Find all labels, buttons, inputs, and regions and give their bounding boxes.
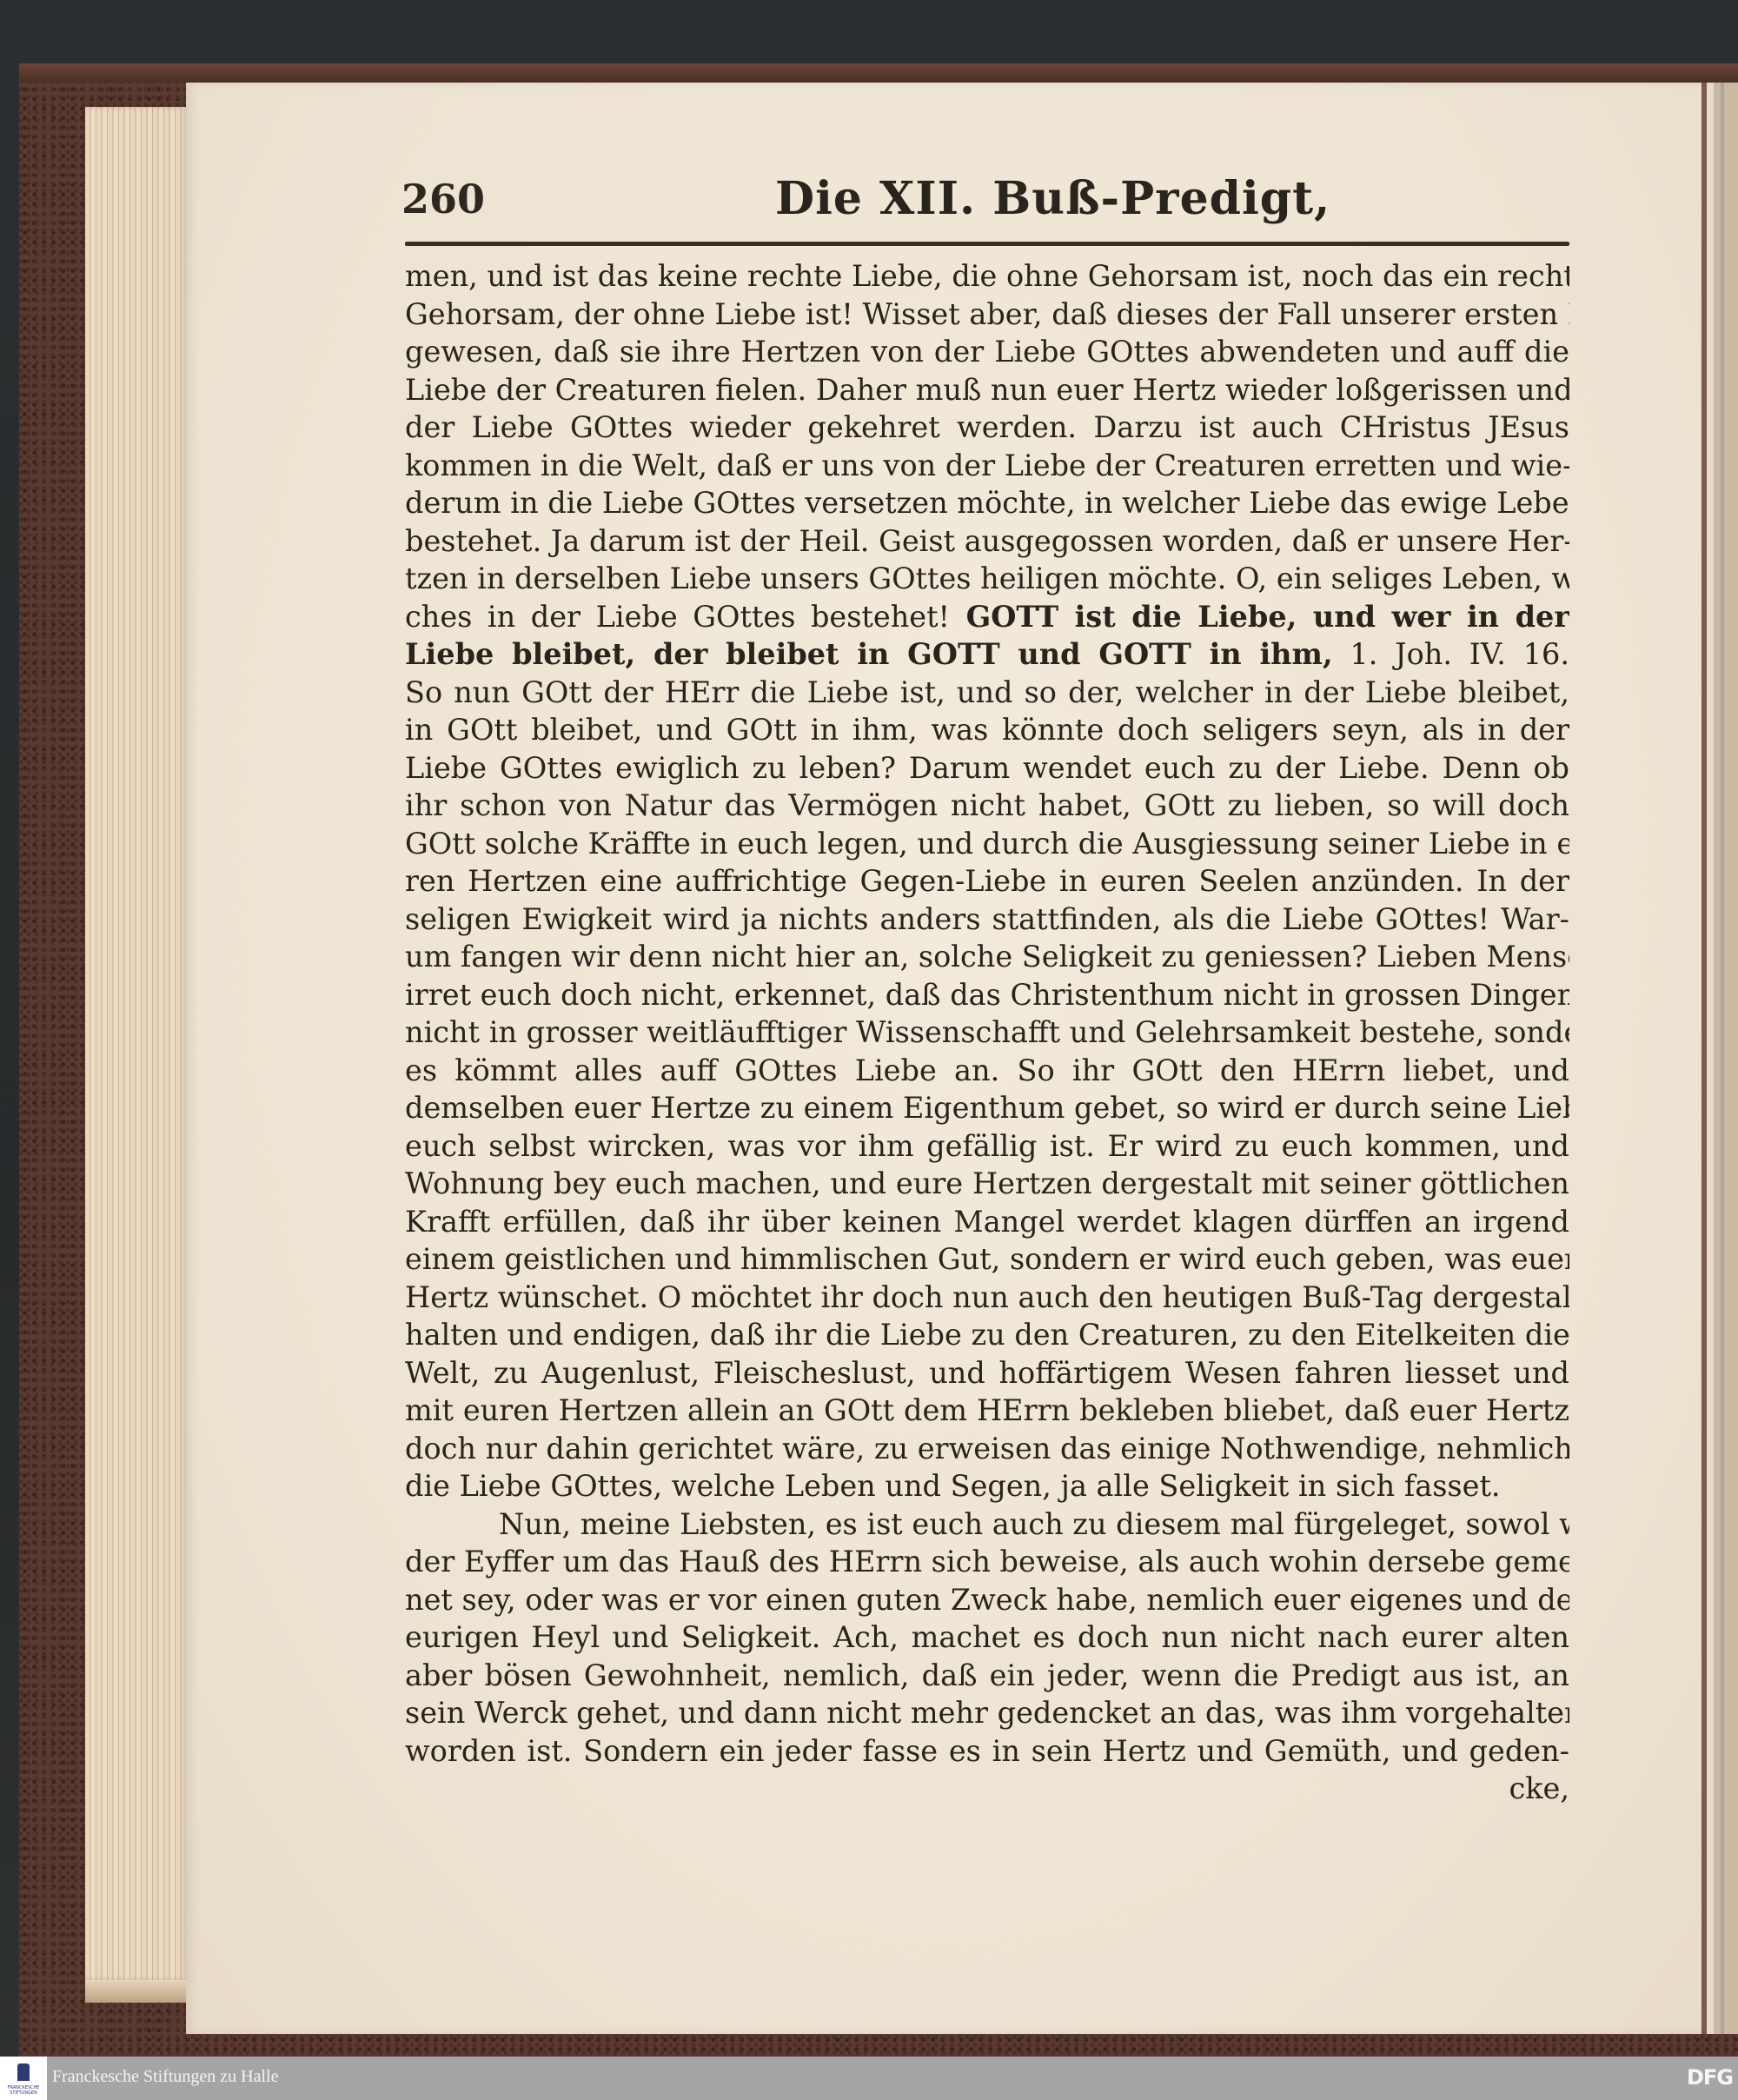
line-text: die Liebe GOttes, welche Leben und Segen… xyxy=(405,1469,1501,1503)
line-text: Liebe der Creaturen fielen. Daher muß nu… xyxy=(405,373,1569,407)
line-text: derum in die Liebe GOttes versetzen möch… xyxy=(405,486,1569,520)
text-line: in GOtt bleibet, und GOtt in ihm, was kö… xyxy=(405,711,1569,749)
line-text: einem geistlichen und himmlischen Gut, s… xyxy=(405,1242,1569,1276)
page-number: 260 xyxy=(401,176,485,223)
book-cover-top-edge xyxy=(19,63,1738,83)
logo-caption: FRANCKESCHE STIFTUNGEN xyxy=(2,2085,45,2096)
text-line: bestehet. Ja darum ist der Heil. Geist a… xyxy=(405,522,1569,561)
text-line: gewesen, daß sie ihre Hertzen von der Li… xyxy=(405,333,1569,371)
line-text: halten und endigen, daß ihr die Liebe zu… xyxy=(405,1318,1569,1352)
line-text: mit euren Hertzen allein an GOtt dem HEr… xyxy=(405,1393,1569,1427)
text-line: der Liebe GOttes wieder gekehret werden.… xyxy=(405,409,1569,447)
text-line: Welt, zu Augenlust, Fleischeslust, und h… xyxy=(405,1354,1569,1392)
text-line: worden ist. Sondern ein jeder fasse es i… xyxy=(405,1732,1569,1771)
line-text: demselben euer Hertze zu einem Eigenthum… xyxy=(405,1091,1569,1125)
line-text: Liebe GOttes ewiglich zu leben? Darum we… xyxy=(405,751,1569,785)
line-text: ren Hertzen eine auffrichtige Gegen-Lieb… xyxy=(405,864,1569,898)
line-text: net sey, oder was er vor einen guten Zwe… xyxy=(405,1583,1569,1617)
institution-name: Franckesche Stiftungen zu Halle xyxy=(52,2067,278,2087)
line-text: der Liebe GOttes wieder gekehret werden.… xyxy=(405,410,1569,444)
text-line: Krafft erfüllen, daß ihr über keinen Man… xyxy=(405,1203,1569,1241)
bible-quote-bold: GOTT ist die Liebe, und wer in der xyxy=(950,600,1569,634)
text-line: Liebe bleibet, der bleibet in GOTT und G… xyxy=(405,635,1569,674)
line-text: Nun, meine Liebsten, es ist euch auch zu… xyxy=(499,1507,1569,1541)
head-rule-divider xyxy=(405,242,1569,246)
franckesche-stiftungen-logo[interactable]: FRANCKESCHE STIFTUNGEN xyxy=(0,2057,47,2100)
text-line: ihr schon von Natur das Vermögen nicht h… xyxy=(405,787,1569,825)
line-text: euch selbst wircken, was vor ihm gefälli… xyxy=(405,1129,1569,1163)
line-text: seligen Ewigkeit wird ja nichts anders s… xyxy=(405,902,1569,936)
text-line: Nun, meine Liebsten, es ist euch auch zu… xyxy=(405,1505,1569,1544)
text-line: demselben euer Hertze zu einem Eigenthum… xyxy=(405,1089,1569,1127)
line-text: in GOtt bleibet, und GOtt in ihm, was kö… xyxy=(405,713,1569,747)
line-text: doch nur dahin gerichtet wäre, zu erweis… xyxy=(405,1432,1569,1465)
line-text: irret euch doch nicht, erkennet, daß das… xyxy=(405,978,1569,1012)
text-line: Gehorsam, der ohne Liebe ist! Wisset abe… xyxy=(405,296,1569,334)
line-text: der Eyffer um das Hauß des HErrn sich be… xyxy=(405,1545,1569,1578)
text-line: ches in der Liebe GOttes bestehet! GOTT … xyxy=(405,598,1569,636)
line-text: nicht in grosser weitläufftiger Wissensc… xyxy=(405,1015,1569,1049)
text-line: kommen in die Welt, daß er uns von der L… xyxy=(405,447,1569,485)
text-line: halten und endigen, daß ihr die Liebe zu… xyxy=(405,1316,1569,1354)
page-block-fore-edge xyxy=(85,107,188,1980)
line-text: eurigen Heyl und Seligkeit. Ach, machet … xyxy=(405,1620,1569,1654)
gutter-clamp-bar xyxy=(1721,83,1724,2034)
text-line: es kömmt alles auff GOttes Liebe an. So … xyxy=(405,1052,1569,1090)
line-text: GOtt solche Kräffte in euch legen, und d… xyxy=(405,827,1569,861)
text-line: derum in die Liebe GOttes versetzen möch… xyxy=(405,484,1569,522)
gutter-next-page xyxy=(1702,83,1738,2034)
text-line: euch selbst wircken, was vor ihm gefälli… xyxy=(405,1127,1569,1166)
text-line: irret euch doch nicht, erkennet, daß das… xyxy=(405,976,1569,1014)
text-line: seligen Ewigkeit wird ja nichts anders s… xyxy=(405,900,1569,939)
footer-bar: FRANCKESCHE STIFTUNGEN Franckesche Stift… xyxy=(0,2057,1738,2100)
line-text: Krafft erfüllen, daß ihr über keinen Man… xyxy=(405,1205,1569,1239)
text-line: eurigen Heyl und Seligkeit. Ach, machet … xyxy=(405,1618,1569,1657)
line-text: worden ist. Sondern ein jeder fasse es i… xyxy=(405,1734,1569,1768)
text-line: um fangen wir denn nicht hier an, solche… xyxy=(405,938,1569,976)
dfg-logo: DFG xyxy=(1687,2065,1733,2090)
line-text: ihr schon von Natur das Vermögen nicht h… xyxy=(405,788,1569,822)
line-text: sein Werck gehet, und dann nicht mehr ge… xyxy=(405,1696,1569,1730)
line-text: aber bösen Gewohnheit, nemlich, daß ein … xyxy=(405,1658,1569,1692)
line-text: es kömmt alles auff GOttes Liebe an. So … xyxy=(405,1053,1569,1087)
text-line: ren Hertzen eine auffrichtige Gegen-Lieb… xyxy=(405,862,1569,900)
text-line: der Eyffer um das Hauß des HErrn sich be… xyxy=(405,1543,1569,1581)
sermon-body-text: men, und ist das keine rechte Liebe, die… xyxy=(405,257,1569,1808)
text-line: die Liebe GOttes, welche Leben und Segen… xyxy=(405,1467,1569,1505)
running-head-title: Die XII. Buß-Predigt, xyxy=(775,172,1330,225)
line-text: Welt, zu Augenlust, Fleischeslust, und h… xyxy=(405,1356,1569,1390)
text-line: Liebe GOttes ewiglich zu leben? Darum we… xyxy=(405,749,1569,787)
line-text: Hertz wünschet. O möchtet ihr doch nun a… xyxy=(405,1280,1569,1314)
text-line: sein Werck gehet, und dann nicht mehr ge… xyxy=(405,1694,1569,1732)
text-line: So nun GOtt der HErr die Liebe ist, und … xyxy=(405,674,1569,712)
line-text: kommen in die Welt, daß er uns von der L… xyxy=(405,449,1569,482)
line-text: um fangen wir denn nicht hier an, solche… xyxy=(405,940,1569,974)
text-line: net sey, oder was er vor einen guten Zwe… xyxy=(405,1581,1569,1619)
text-line: men, und ist das keine rechte Liebe, die… xyxy=(405,257,1569,296)
text-line: mit euren Hertzen allein an GOtt dem HEr… xyxy=(405,1392,1569,1430)
line-text: ches in der Liebe GOttes bestehet! xyxy=(405,600,950,634)
running-head: 260 Die XII. Buß-Predigt, xyxy=(401,172,1566,226)
text-line: nicht in grosser weitläufftiger Wissensc… xyxy=(405,1013,1569,1052)
text-line: Liebe der Creaturen fielen. Daher muß nu… xyxy=(405,371,1569,409)
text-line: tzen in derselben Liebe unsers GOttes he… xyxy=(405,560,1569,598)
line-text: men, und ist das keine rechte Liebe, die… xyxy=(405,259,1569,293)
line-text: 1. Joh. IV. 16. xyxy=(1333,637,1569,671)
text-line: GOtt solche Kräffte in euch legen, und d… xyxy=(405,825,1569,863)
line-text: gewesen, daß sie ihre Hertzen von der Li… xyxy=(405,335,1569,369)
line-text: Wohnung bey euch machen, und eure Hertze… xyxy=(405,1166,1569,1200)
text-line: aber bösen Gewohnheit, nemlich, daß ein … xyxy=(405,1657,1569,1695)
line-text: bestehet. Ja darum ist der Heil. Geist a… xyxy=(405,524,1569,558)
text-line: doch nur dahin gerichtet wäre, zu erweis… xyxy=(405,1430,1569,1468)
bible-quote-bold: Liebe bleibet, der bleibet in GOTT und G… xyxy=(405,637,1333,671)
line-text: So nun GOtt der HErr die Liebe ist, und … xyxy=(405,675,1569,709)
text-line: Hertz wünschet. O möchtet ihr doch nun a… xyxy=(405,1279,1569,1317)
text-line: einem geistlichen und himmlischen Gut, s… xyxy=(405,1240,1569,1279)
line-text: Gehorsam, der ohne Liebe ist! Wisset abe… xyxy=(405,297,1569,331)
text-line: Wohnung bey euch machen, und eure Hertze… xyxy=(405,1165,1569,1203)
catchword: cke, xyxy=(405,1770,1569,1808)
line-text: tzen in derselben Liebe unsers GOttes he… xyxy=(405,562,1569,595)
statue-icon xyxy=(17,2063,30,2081)
